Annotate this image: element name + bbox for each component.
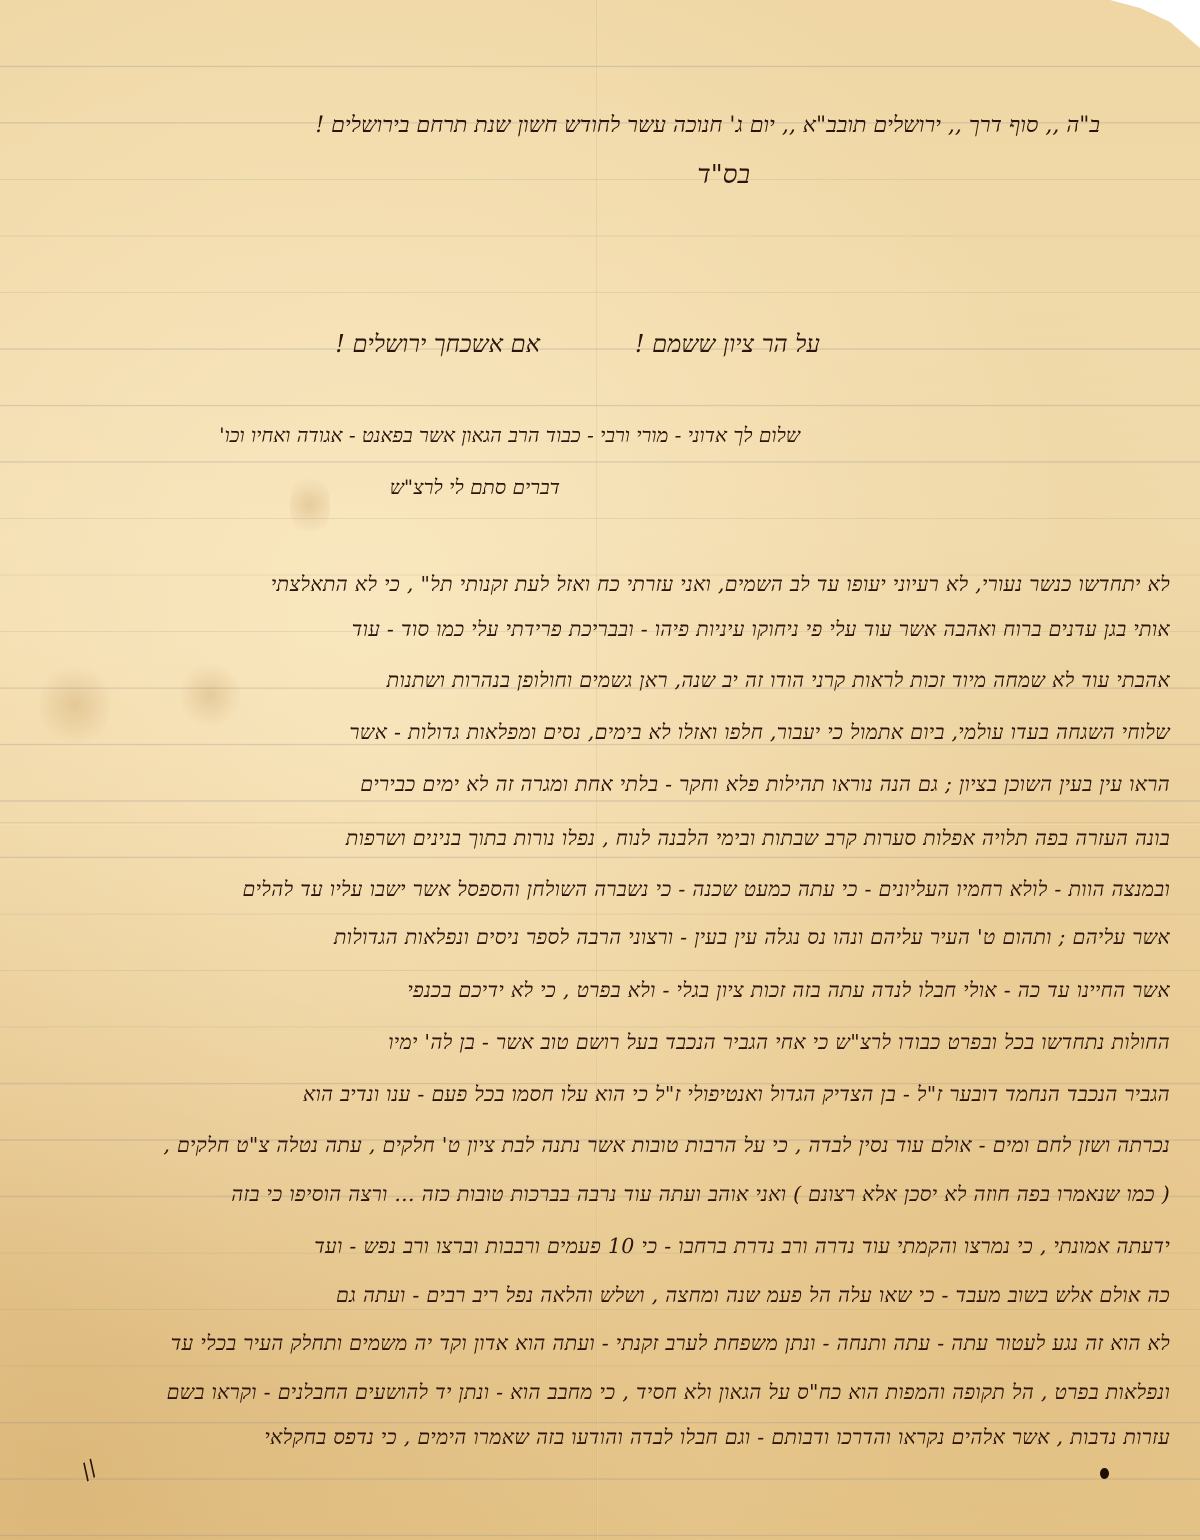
body-line: לא הוא זה נגע לעטור עתה - עתה ותנחה - ונ…	[171, 1331, 1170, 1356]
body-line: אשר החיינו עד כה - אולי חבלו לנדה עתה בז…	[407, 978, 1170, 1003]
header-flourish: בס"ד	[697, 160, 750, 190]
body-line: ידעתה אמונתי , כי נמרצו והקמתי עוד נדרה …	[314, 1234, 1170, 1259]
water-stain	[180, 660, 240, 730]
body-line: לא יתחדשו כנשר נעורי, לא רעיוני יעופו עד…	[271, 572, 1170, 597]
body-line: ( כמו שנאמרו בפה חוזה לא יסכן אלא רצונם …	[231, 1182, 1170, 1207]
body-line: כה אולם אלש בשוב מעבד - כי שאו עלה הל פע…	[336, 1283, 1170, 1308]
body-line: עזרות נדבות , אשר אלהים נקראו והדרכו ודב…	[264, 1425, 1170, 1450]
body-line: הגביר הנכבד הנחמד דובער ז"ל - בן הצדיק ה…	[303, 1082, 1170, 1107]
body-line: הראו עין בעין השוכן בציון ; גם הנה נוראו…	[360, 772, 1170, 797]
motto-jerusalem: אם אשכחך ירושלים !	[335, 330, 540, 359]
body-line: בונה העזרה בפה תלויה אפלות סערות קרב שבת…	[346, 826, 1170, 851]
body-line: החולות נתחדשו בכל ובפרט כבודו לרצ"ש כי א…	[388, 1030, 1170, 1055]
ruled-lines	[0, 0, 1200, 1540]
horizontal-fold-crease	[0, 822, 1200, 825]
body-line: אותי בגן עדנים ברוח ואהבה אשר עוד עלי פי…	[352, 617, 1170, 642]
salutation-line: שלום לך אדוני - מורי ורבי - כבוד הרב הגא…	[219, 423, 800, 448]
body-line: ונפלאות בפרט , הל תקופה והמפות הוא כח"ס …	[167, 1380, 1170, 1405]
ink-blot	[1100, 1468, 1109, 1479]
closing-mark: //	[77, 1456, 102, 1485]
body-line: אשר עליהם ; ותהום ט' העיר עליהם ונהו נס …	[334, 925, 1170, 950]
motto-zion: על הר ציון ששמם !	[635, 330, 820, 359]
body-line: אהבתי עוד לא שמחה מיוד זכות לראות קרני ה…	[387, 668, 1170, 693]
body-line: נכרתה ושזן לחם ומים - אולם עוד נסין לבדה…	[163, 1133, 1170, 1158]
vertical-fold-crease	[596, 0, 598, 1540]
letter-page: ב"ה ,, סוף דרך ,, ירושלים תובב"א ,, יום …	[0, 0, 1200, 1540]
letter-header: ב"ה ,, סוף דרך ,, ירושלים תובב"א ,, יום …	[315, 112, 1100, 138]
salutation-line: דברים סתם לי לרצ"ש	[390, 475, 560, 500]
water-stain	[290, 470, 330, 540]
body-line: ובמנצה הוות - לולא רחמיו העליונים - כי ע…	[243, 877, 1170, 902]
water-stain	[40, 660, 110, 750]
body-line: שלוחי השגחה בעדו עולמי, ביום אתמול כי יע…	[349, 720, 1170, 745]
